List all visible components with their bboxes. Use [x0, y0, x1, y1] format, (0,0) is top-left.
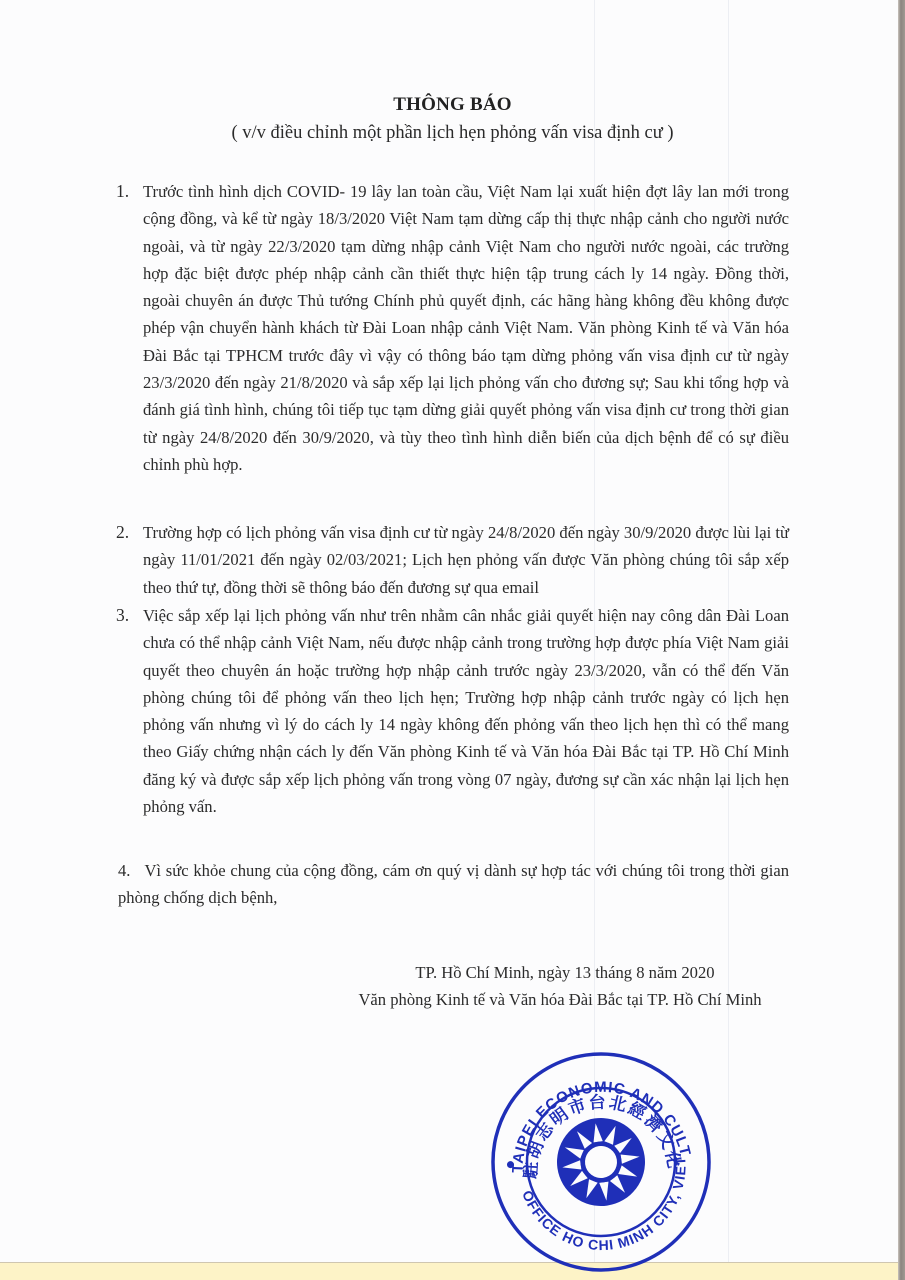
document-title: THÔNG BÁO [0, 94, 905, 116]
item-number: 3. [116, 602, 129, 629]
page-bottom-strip [0, 1262, 898, 1280]
page-edge [898, 0, 905, 1280]
item-number: 2. [116, 519, 129, 546]
signature-office: Văn phòng Kinh tế và Văn hóa Đài Bắc tại… [320, 990, 800, 1010]
official-seal-icon: TAIPEI ECONOMIC AND CULTURAL OFFICE HO C… [487, 1048, 715, 1276]
notice-item: 1. Trước tình hình dịch COVID- 19 lây la… [143, 178, 789, 478]
item-text: Trường hợp có lịch phỏng vấn visa định c… [143, 523, 789, 597]
document-subtitle: ( v/v điều chỉnh một phần lịch hẹn phỏng… [0, 123, 905, 144]
item-text: Trước tình hình dịch COVID- 19 lây lan t… [143, 182, 789, 474]
notice-item: 2. Trường hợp có lịch phỏng vấn visa địn… [143, 519, 789, 601]
item-text: Việc sắp xếp lại lịch phỏng vấn như trên… [143, 606, 789, 816]
item-number: 4. [118, 861, 130, 880]
notice-item: 4.Vì sức khỏe chung của cộng đồng, cám ơ… [118, 857, 789, 912]
item-number: 1. [116, 178, 129, 205]
signature-place-date: TP. Hồ Chí Minh, ngày 13 tháng 8 năm 202… [365, 963, 765, 983]
notice-item: 3. Việc sắp xếp lại lịch phỏng vấn như t… [143, 602, 789, 820]
item-text: Vì sức khỏe chung của cộng đồng, cám ơn … [118, 861, 789, 907]
